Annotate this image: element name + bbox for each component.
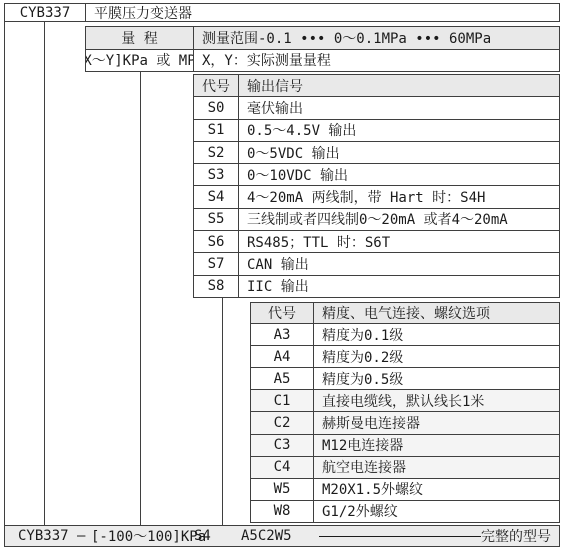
option-desc-cell: G1/2外螺纹 [314,501,559,522]
range-format-label-cell: [X～Y]KPa 或 MPa [86,50,194,72]
option-code-cell: A5 [251,368,314,389]
table-row: C3 M12电连接器 [251,434,559,456]
model-name-cell: 平膜压力变送器 [86,4,559,21]
signal-desc-cell: 4～20mA 两线制，带 Hart 时：S4H [239,186,559,207]
option-code-cell: C2 [251,412,314,433]
table-row: W5 M20X1.5外螺纹 [251,478,559,500]
signal-desc-cell: IIC 输出 [239,276,559,297]
table-row: C2 赫斯曼电连接器 [251,411,559,433]
option-code-cell: C1 [251,390,314,411]
option-code-cell: W5 [251,479,314,500]
table-row: S3 0～10VDC 输出 [194,163,559,185]
table-row: S4 4～20mA 两线制，带 Hart 时：S4H [194,185,559,207]
option-desc-cell: 精度为0.1级 [314,324,559,345]
option-desc-cell: 直接电缆线，默认线长1米 [314,390,559,411]
model-code-cell: CYB337 [5,4,86,21]
range-row: 量 程 测量范围-0.1 ••• 0～0.1MPa ••• 60MPa [86,27,559,49]
range-block: 量 程 测量范围-0.1 ••• 0～0.1MPa ••• 60MPa [X～Y… [85,26,560,72]
options-header-cell: 精度、电气连接、螺纹选项 [314,303,559,323]
option-desc-cell: 精度为0.5级 [314,368,559,389]
table-row: S0 毫伏输出 [194,96,559,118]
options-block: 代号 精度、电气连接、螺纹选项 A3 精度为0.1级 A4 精度为0.2级 A5… [250,302,560,523]
example-model-row: CYB337 — [-100～100]KPa S4 A5C2W5 完整的型号 [4,525,560,547]
code-header-cell: 代号 [194,75,239,96]
signal-code-cell: S1 [194,120,239,141]
table-row: S1 0.5～4.5V 输出 [194,119,559,141]
signal-code-cell: S8 [194,276,239,297]
example-range: [-100～100]KPa [91,526,206,546]
example-options: A5C2W5 [241,528,292,544]
output-signal-block: 代号 输出信号 S0 毫伏输出 S1 0.5～4.5V 输出 S2 0～5VDC… [193,74,560,298]
signal-code-cell: S6 [194,231,239,252]
option-desc-cell: 精度为0.2级 [314,346,559,367]
option-desc-cell: 赫斯曼电连接器 [314,412,559,433]
table-row: S5 三线制或者四线制0～20mA 或者4～20mA [194,208,559,230]
stair-line-model-dash [44,22,45,525]
option-code-cell: A4 [251,346,314,367]
table-row: W8 G1/2外螺纹 [251,500,559,522]
option-code-cell: A3 [251,324,314,345]
stair-line-range [140,72,141,525]
signal-code-cell: S3 [194,164,239,185]
example-label: 完整的型号 [481,526,551,546]
signal-desc-cell: RS485；TTL 时：S6T [239,231,559,252]
table-row: S7 CAN 输出 [194,252,559,274]
option-desc-cell: M12电连接器 [314,435,559,456]
options-header-row: 代号 精度、电气连接、螺纹选项 [251,303,559,323]
option-code-cell: W8 [251,501,314,522]
table-row: S8 IIC 输出 [194,275,559,297]
signal-code-cell: S7 [194,253,239,274]
ordering-code-spec-sheet: CYB337 平膜压力变送器 量 程 测量范围-0.1 ••• 0～0.1MPa… [0,0,563,553]
table-row: S2 0～5VDC 输出 [194,141,559,163]
table-row: A5 精度为0.5级 [251,367,559,389]
signal-code-cell: S4 [194,186,239,207]
signal-desc-cell: 0～10VDC 输出 [239,164,559,185]
option-desc-cell: M20X1.5外螺纹 [314,479,559,500]
example-model-code: CYB337 — [18,528,85,544]
range-desc-cell: 测量范围-0.1 ••• 0～0.1MPa ••• 60MPa [194,27,559,49]
range-format-desc-cell: X，Y：实际测量量程 [194,50,559,72]
signal-code-cell: S0 [194,97,239,118]
range-format-row: [X～Y]KPa 或 MPa X，Y：实际测量量程 [86,49,559,72]
range-label-cell: 量 程 [86,27,194,49]
code-header-cell: 代号 [251,303,314,323]
table-row: A4 精度为0.2级 [251,345,559,367]
stair-line-signal [222,298,223,525]
option-desc-cell: 航空电连接器 [314,457,559,478]
signal-desc-cell: 0.5～4.5V 输出 [239,120,559,141]
signal-header-cell: 输出信号 [239,75,559,96]
option-code-cell: C3 [251,435,314,456]
output-signal-header-row: 代号 输出信号 [194,75,559,96]
signal-code-cell: S5 [194,209,239,230]
table-row: C4 航空电连接器 [251,456,559,478]
signal-desc-cell: CAN 输出 [239,253,559,274]
signal-desc-cell: 三线制或者四线制0～20mA 或者4～20mA [239,209,559,230]
model-header-row: CYB337 平膜压力变送器 [4,3,560,22]
stair-line-model [4,22,5,525]
table-row: S6 RS485；TTL 时：S6T [194,230,559,252]
signal-code-cell: S2 [194,142,239,163]
signal-desc-cell: 0～5VDC 输出 [239,142,559,163]
example-signal: S4 [194,528,211,544]
table-row: A3 精度为0.1级 [251,323,559,345]
option-code-cell: C4 [251,457,314,478]
signal-desc-cell: 毫伏输出 [239,97,559,118]
model-composition-line [319,536,481,537]
table-row: C1 直接电缆线，默认线长1米 [251,389,559,411]
